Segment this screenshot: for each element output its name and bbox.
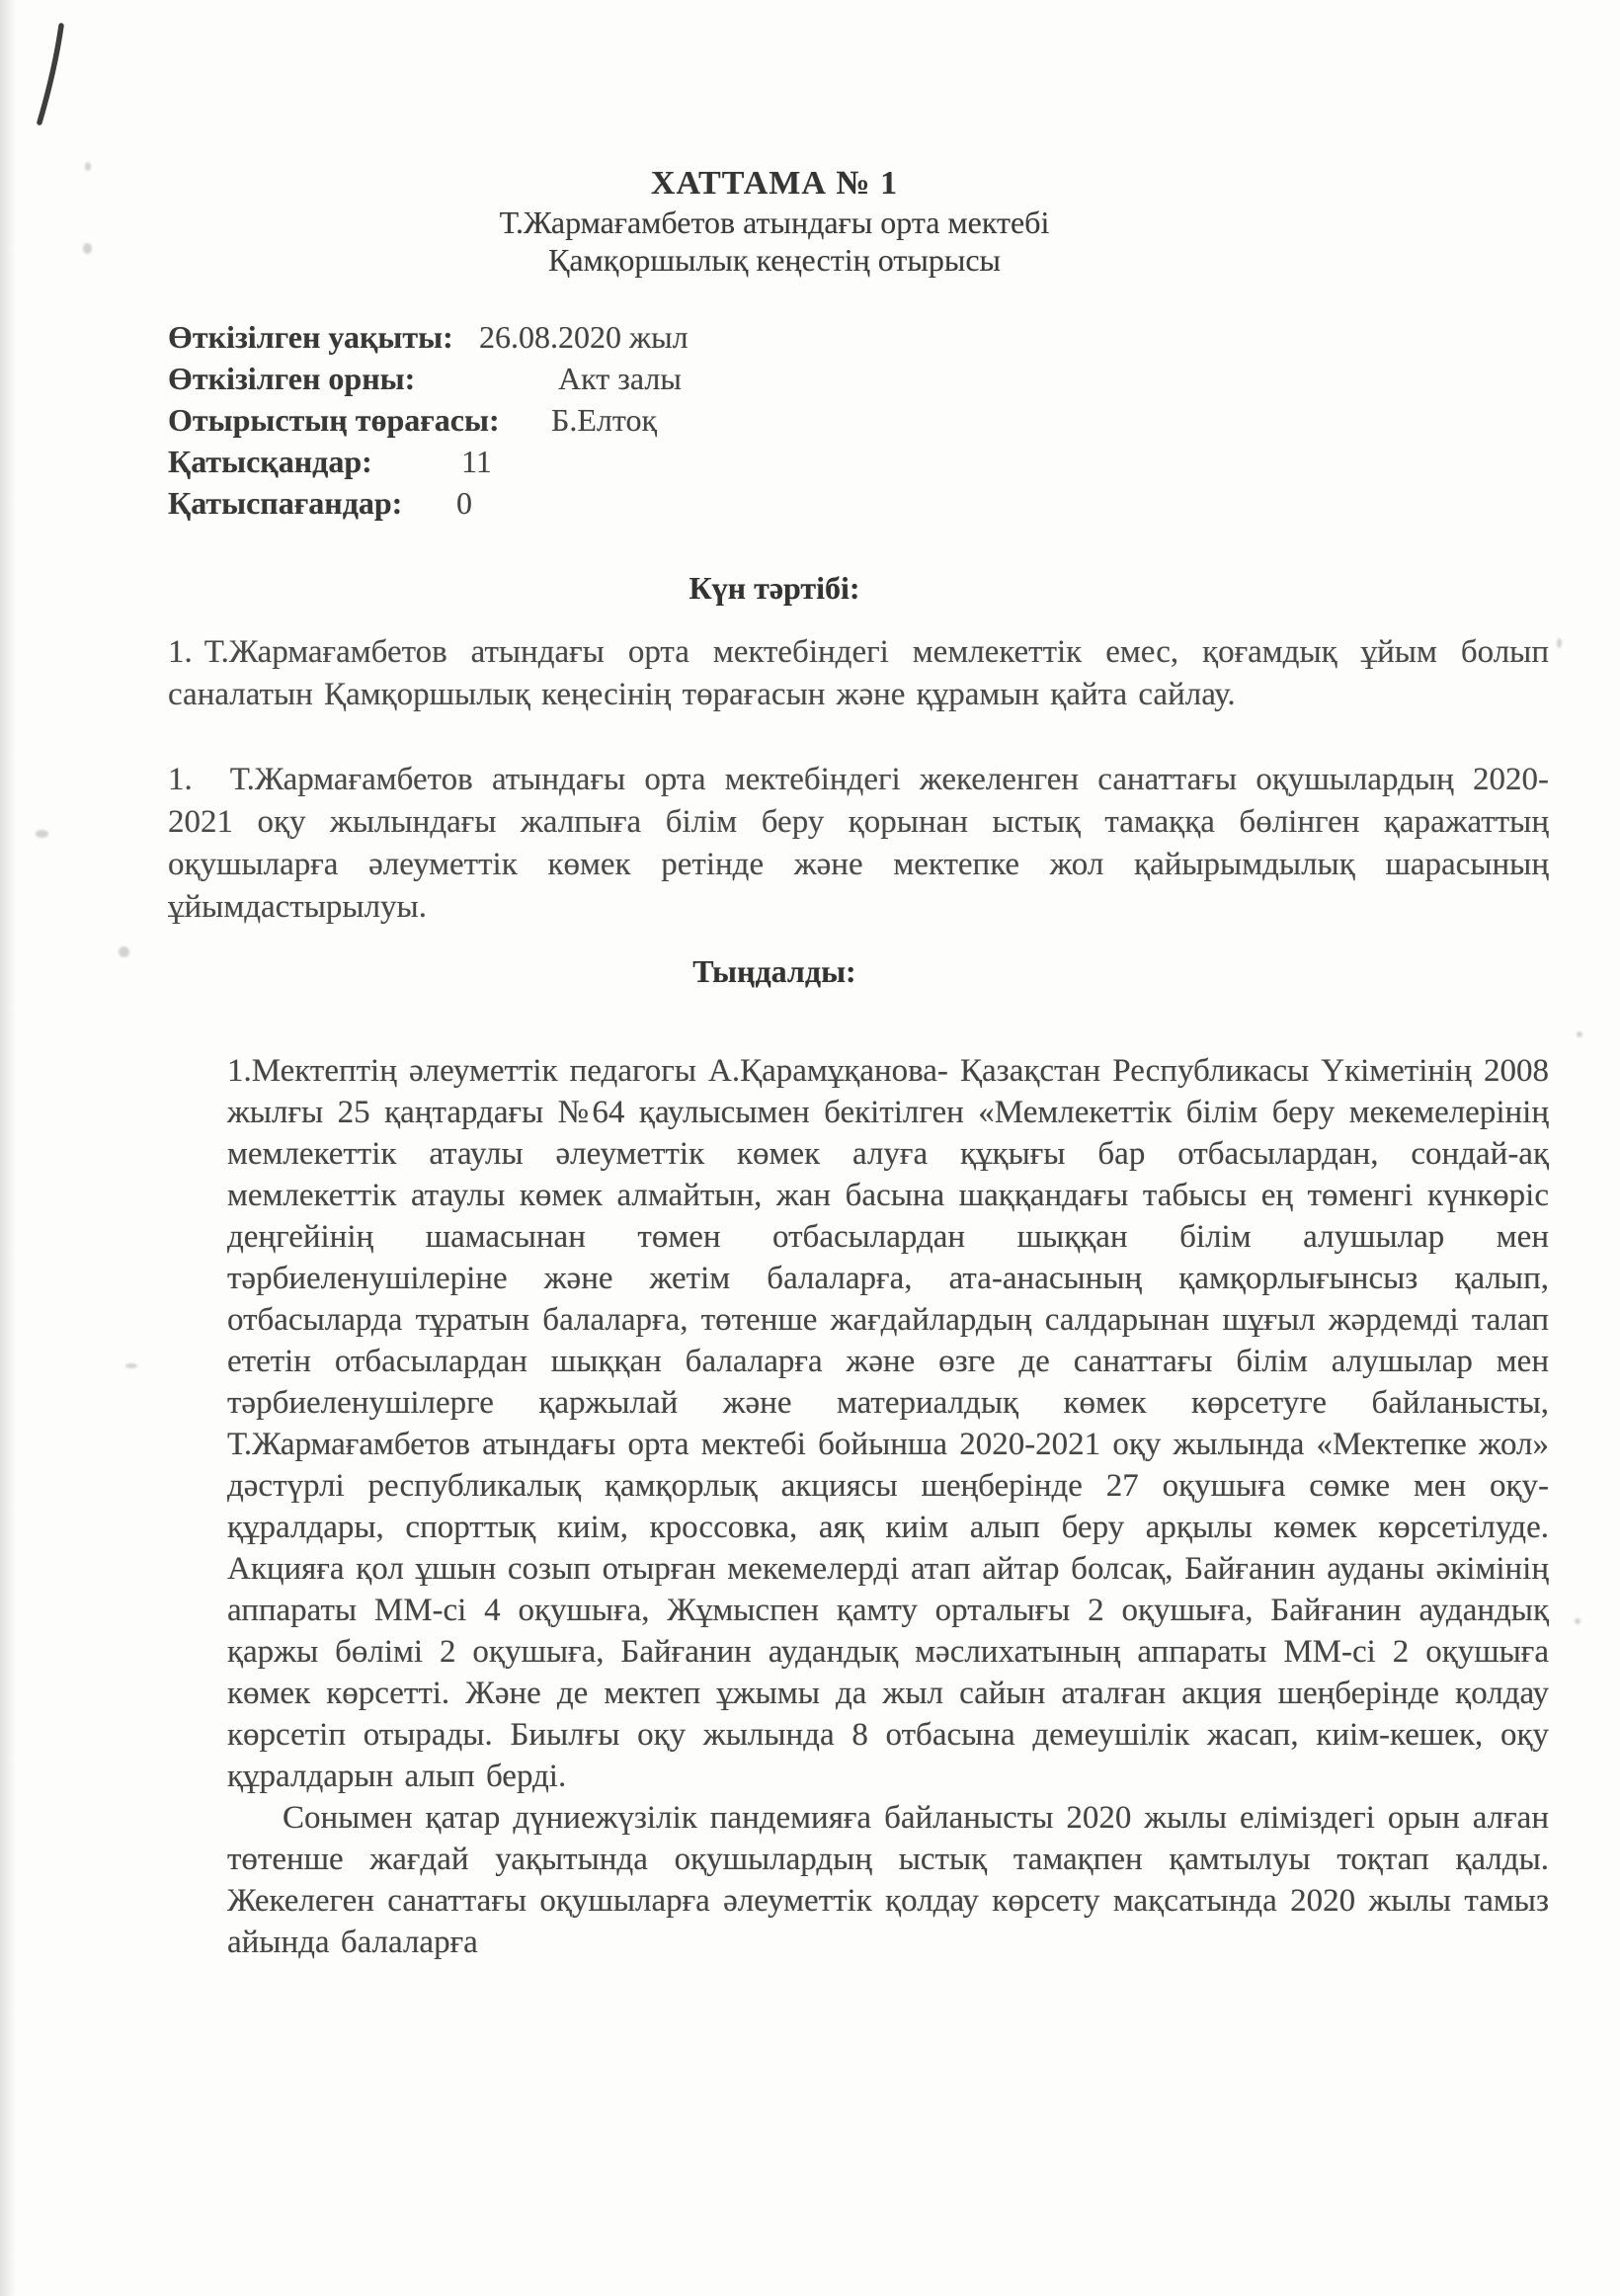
agenda-item-1: 1.Т.Жармағамбетов атындағы орта мектебін…	[168, 631, 1549, 716]
meta-label-attended: Қатысқандар:	[168, 444, 372, 479]
meta-value-absent: 0	[456, 482, 472, 524]
scan-speck	[83, 243, 92, 254]
meta-label-date: Өткізілген уақыты:	[168, 319, 453, 355]
heard-paragraph-1: 1.Мектептің әлеуметтік педагогы А.Қарамұ…	[227, 1050, 1549, 1797]
school-name: Т.Жармағамбетов атындағы орта мектебі	[168, 204, 1381, 241]
agenda-item-2-number: 1.	[168, 762, 193, 797]
scan-speck	[1557, 638, 1562, 648]
agenda-item-2-text: Т.Жармағамбетов атындағы орта мектебінде…	[168, 762, 1549, 925]
heard-heading: Тыңдалды:	[168, 951, 1381, 991]
agenda-heading: Күн тәртібі:	[168, 568, 1381, 608]
document-content: ХАТТАМА № 1 Т.Жармағамбетов атындағы орт…	[168, 0, 1549, 1963]
scan-speck	[119, 946, 129, 957]
meta-row-absent: Қатыспағандар: 0	[168, 482, 1549, 524]
meta-row-place: Өткізілген орны: Акт залы	[168, 358, 1549, 399]
meta-label-place: Өткізілген орны:	[168, 361, 415, 396]
scan-speck	[1575, 1618, 1580, 1624]
meta-row-date: Өткізілген уақыты: 26.08.2020 жыл	[168, 316, 1549, 358]
scanned-document-page: ХАТТАМА № 1 Т.Жармағамбетов атындағы орт…	[0, 0, 1620, 2296]
document-title: ХАТТАМА № 1	[168, 164, 1381, 204]
meta-row-attended: Қатысқандар: 11	[168, 441, 1549, 482]
meta-value-place: Акт залы	[558, 358, 682, 399]
scan-speck	[36, 830, 48, 838]
meta-label-absent: Қатыспағандар:	[168, 485, 402, 521]
meta-value-attended: 11	[461, 441, 492, 482]
heard-paragraph-2: Сонымен қатар дүниежүзілік пандемияға ба…	[227, 1797, 1549, 1963]
title-block: ХАТТАМА № 1 Т.Жармағамбетов атындағы орт…	[168, 0, 1381, 279]
scan-speck	[125, 1363, 137, 1368]
meta-value-date: 26.08.2020 жыл	[479, 316, 688, 358]
meta-block: Өткізілген уақыты: 26.08.2020 жыл Өткізі…	[168, 316, 1549, 524]
pen-slash-mark	[24, 20, 83, 128]
council-meeting-line: Қамқоршылық кеңестің отырысы	[168, 241, 1381, 279]
meta-value-chairman: Б.Елтоқ	[551, 399, 657, 441]
meta-row-chairman: Отырыстың төрағасы: Б.Елтоқ	[168, 399, 1549, 441]
scan-speck	[1577, 1031, 1582, 1037]
meta-label-chairman: Отырыстың төрағасы:	[168, 402, 500, 438]
agenda-item-1-text: Т.Жармағамбетов атындағы орта мектебінде…	[168, 634, 1549, 712]
agenda-item-2: 1.Т.Жармағамбетов атындағы орта мектебін…	[168, 759, 1549, 929]
agenda-item-1-number: 1.	[168, 634, 193, 670]
scan-speck	[85, 162, 91, 171]
